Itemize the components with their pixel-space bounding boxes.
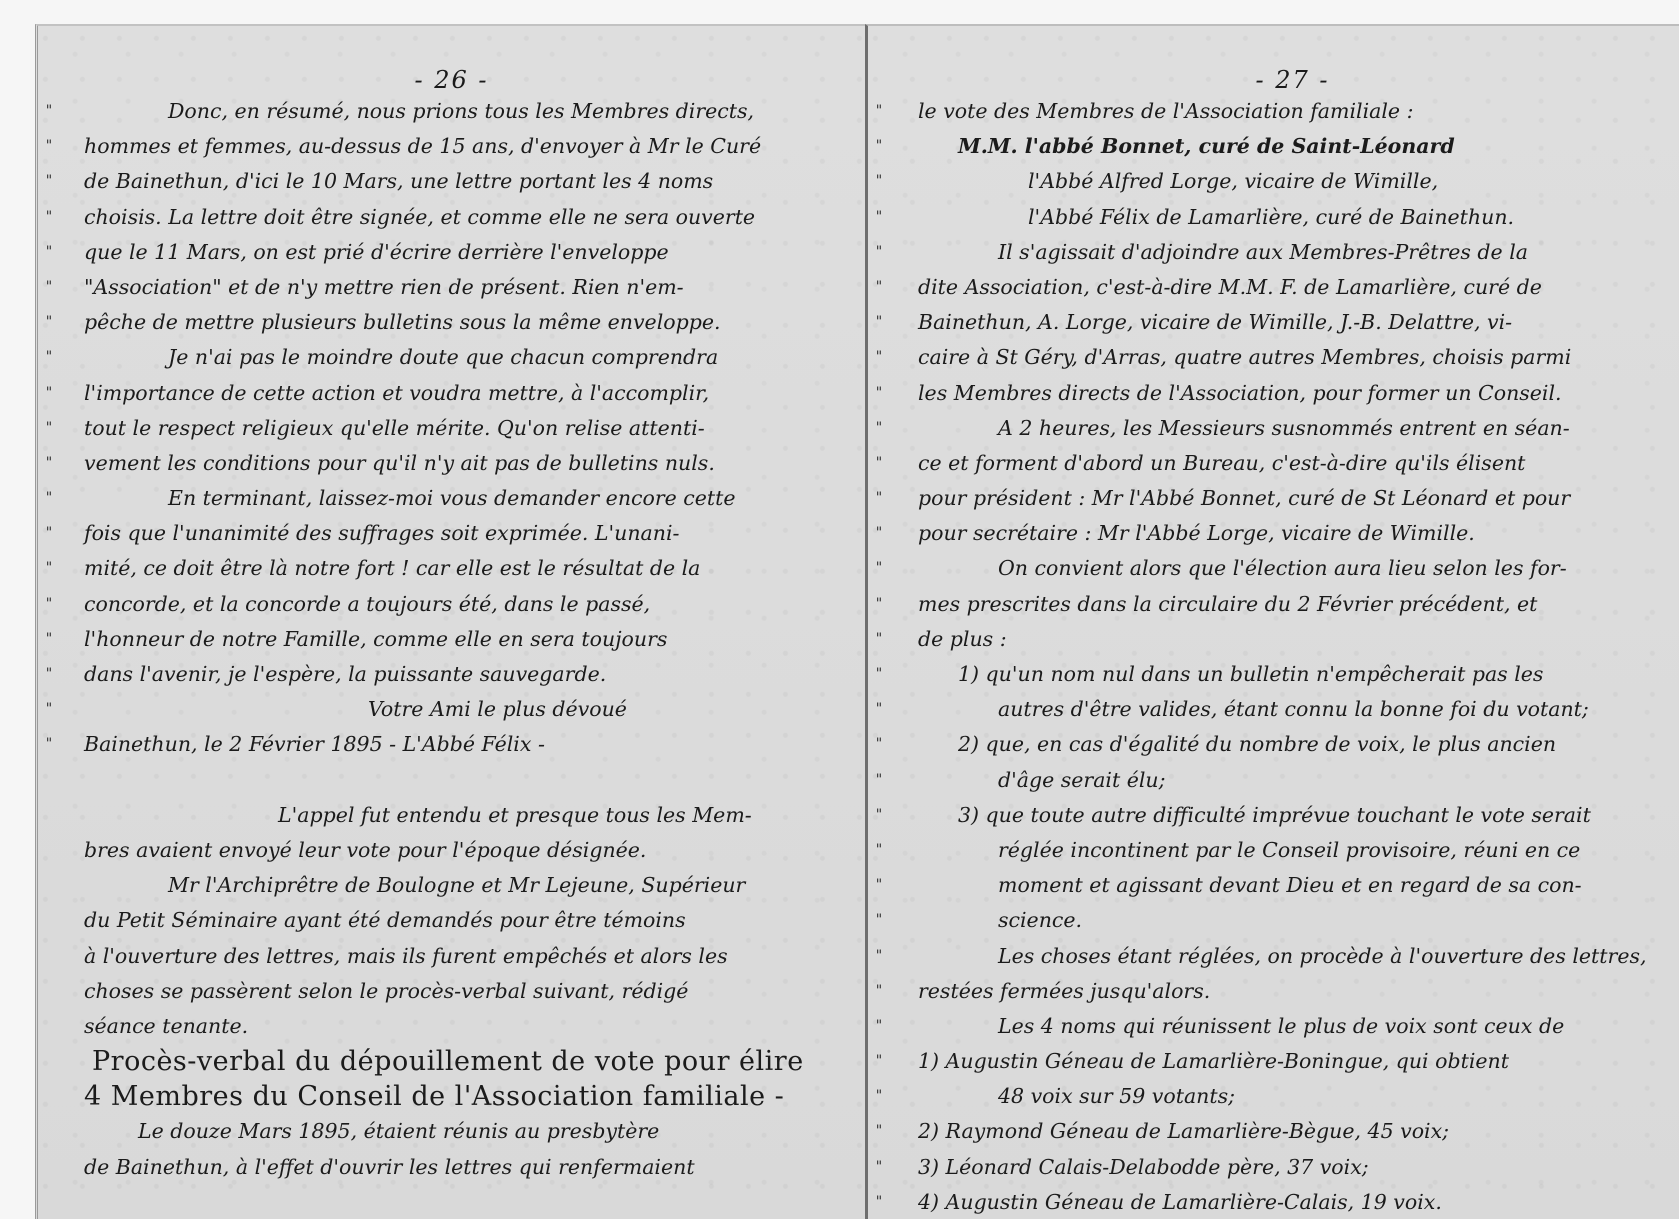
quotation-mark: "	[38, 727, 60, 762]
line-text: "Association" et de n'y mettre rien de p…	[84, 270, 684, 305]
line-text: science.	[998, 903, 1082, 938]
line-text: Les 4 noms qui réunissent le plus de voi…	[998, 1009, 1564, 1044]
line-text: 1) qu'un nom nul dans un bulletin n'empê…	[958, 657, 1543, 692]
line-text: de Bainethun, à l'effet d'ouvrir les let…	[84, 1150, 695, 1185]
quotation-mark: "	[38, 270, 60, 305]
manuscript-line: "science.	[868, 903, 1679, 938]
line-text: 2) Raymond Géneau de Lamarlière-Bègue, 4…	[918, 1114, 1449, 1149]
quotation-mark: "	[38, 587, 60, 622]
quotation-mark: "	[868, 446, 890, 481]
line-text: 1) Augustin Géneau de Lamarlière-Boningu…	[918, 1044, 1509, 1079]
manuscript-line: "mité, ce doit être là notre fort ! car …	[38, 551, 865, 586]
quotation-mark: "	[868, 1185, 890, 1219]
line-text: l'honneur de notre Famille, comme elle e…	[84, 622, 667, 657]
quotation-mark: "	[38, 164, 60, 199]
manuscript-line: "l'Abbé Félix de Lamarlière, curé de Bai…	[868, 200, 1679, 235]
manuscript-line: "moment et agissant devant Dieu et en re…	[868, 868, 1679, 903]
manuscript-line: "Donc, en résumé, nous prions tous les M…	[38, 94, 865, 129]
manuscript-line: "tout le respect religieux qu'elle mérit…	[38, 411, 865, 446]
manuscript-line: "concorde, et la concorde a toujours été…	[38, 587, 865, 622]
line-text: que le 11 Mars, on est prié d'écrire der…	[84, 235, 669, 270]
manuscript-line: "l'importance de cette action et voudra …	[38, 376, 865, 411]
manuscript-line: "pêche de mettre plusieurs bulletins sou…	[38, 305, 865, 340]
manuscript-line: "de Bainethun, d'ici le 10 Mars, une let…	[38, 164, 865, 199]
manuscript-line: Procès-verbal du dépouillement de vote p…	[38, 1044, 865, 1079]
line-text: Les choses étant réglées, on procède à l…	[998, 939, 1646, 974]
manuscript-line: "Votre Ami le plus dévoué	[38, 692, 865, 727]
line-text: Votre Ami le plus dévoué	[368, 692, 627, 727]
quotation-mark: "	[868, 411, 890, 446]
line-text: choses se passèrent selon le procès-verb…	[84, 974, 688, 1009]
line-text: ce et forment d'abord un Bureau, c'est-à…	[918, 446, 1525, 481]
line-text: On convient alors que l'élection aura li…	[998, 551, 1567, 586]
quotation-mark: "	[868, 974, 890, 1009]
right-page-lines: "le vote des Membres de l'Association fa…	[868, 94, 1679, 1219]
quotation-mark: "	[868, 1150, 890, 1185]
manuscript-line: "choisis. La lettre doit être signée, et…	[38, 200, 865, 235]
quotation-mark: "	[868, 94, 890, 129]
page-number: - 26 -	[38, 66, 865, 94]
line-text: L'appel fut entendu et presque tous les …	[278, 798, 752, 833]
manuscript-line: "1) qu'un nom nul dans un bulletin n'emp…	[868, 657, 1679, 692]
line-text: pêche de mettre plusieurs bulletins sous…	[84, 305, 720, 340]
line-text: Le douze Mars 1895, étaient réunis au pr…	[138, 1114, 659, 1149]
quotation-mark: "	[868, 164, 890, 199]
quotation-mark: "	[868, 1079, 890, 1114]
quotation-mark: "	[868, 551, 890, 586]
quotation-mark: "	[868, 587, 890, 622]
manuscript-line: "que le 11 Mars, on est prié d'écrire de…	[38, 235, 865, 270]
manuscript-line: de Bainethun, à l'effet d'ouvrir les let…	[38, 1150, 865, 1185]
line-text: concorde, et la concorde a toujours été,…	[84, 587, 650, 622]
quotation-mark: "	[38, 446, 60, 481]
manuscript-line: "4) Augustin Géneau de Lamarlière-Calais…	[868, 1185, 1679, 1219]
quotation-mark: "	[868, 376, 890, 411]
line-text: fois que l'unanimité des suffrages soit …	[84, 516, 679, 551]
manuscript-line: séance tenante.	[38, 1009, 865, 1044]
manuscript-line: Le douze Mars 1895, étaient réunis au pr…	[38, 1114, 865, 1149]
manuscript-line: "caire à St Géry, d'Arras, quatre autres…	[868, 340, 1679, 375]
line-text: 4) Augustin Géneau de Lamarlière-Calais,…	[918, 1185, 1442, 1219]
line-text: autres d'être valides, étant connu la bo…	[998, 692, 1589, 727]
manuscript-line: "2) Raymond Géneau de Lamarlière-Bègue, …	[868, 1114, 1679, 1149]
quotation-mark: "	[868, 305, 890, 340]
line-text: du Petit Séminaire ayant été demandés po…	[84, 903, 686, 938]
quotation-mark: "	[868, 129, 890, 164]
line-text: Il s'agissait d'adjoindre aux Membres-Pr…	[998, 235, 1528, 270]
left-page: - 26 - "Donc, en résumé, nous prions tou…	[35, 24, 865, 1219]
manuscript-line: "3) Léonard Calais-Delabodde père, 37 vo…	[868, 1150, 1679, 1185]
quotation-mark: "	[868, 903, 890, 938]
line-text: l'Abbé Félix de Lamarlière, curé de Bain…	[1028, 200, 1514, 235]
manuscript-line: L'appel fut entendu et presque tous les …	[38, 798, 865, 833]
book-spread: - 26 - "Donc, en résumé, nous prions tou…	[35, 24, 1679, 1219]
manuscript-line: "mes prescrites dans la circulaire du 2 …	[868, 587, 1679, 622]
quotation-mark: "	[38, 622, 60, 657]
quotation-mark: "	[868, 340, 890, 375]
line-text: restées fermées jusqu'alors.	[918, 974, 1210, 1009]
manuscript-line: "48 voix sur 59 votants;	[868, 1079, 1679, 1114]
line-text: à l'ouverture des lettres, mais ils fure…	[84, 939, 728, 974]
manuscript-line: Mr l'Archiprêtre de Boulogne et Mr Lejeu…	[38, 868, 865, 903]
manuscript-line: du Petit Séminaire ayant été demandés po…	[38, 903, 865, 938]
manuscript-line: "dans l'avenir, je l'espère, la puissant…	[38, 657, 865, 692]
quotation-mark: "	[868, 798, 890, 833]
quotation-mark: "	[868, 939, 890, 974]
quotation-mark: "	[38, 411, 60, 446]
manuscript-line: 4 Membres du Conseil de l'Association fa…	[38, 1079, 865, 1114]
quotation-mark: "	[868, 516, 890, 551]
manuscript-line: "3) que toute autre difficulté imprévue …	[868, 798, 1679, 833]
manuscript-line: "M.M. l'abbé Bonnet, curé de Saint-Léona…	[868, 129, 1679, 164]
manuscript-line: "Bainethun, A. Lorge, vicaire de Wimille…	[868, 305, 1679, 340]
quotation-mark: "	[868, 657, 890, 692]
line-text: tout le respect religieux qu'elle mérite…	[84, 411, 705, 446]
line-text: Procès-verbal du dépouillement de vote p…	[92, 1044, 804, 1079]
line-text: choisis. La lettre doit être signée, et …	[84, 200, 755, 235]
line-text: mité, ce doit être là notre fort ! car e…	[84, 551, 700, 586]
quotation-mark: "	[38, 129, 60, 164]
quotation-mark: "	[868, 481, 890, 516]
manuscript-line: "Bainethun, le 2 Février 1895 - L'Abbé F…	[38, 727, 865, 762]
line-text: bres avaient envoyé leur vote pour l'épo…	[84, 833, 646, 868]
manuscript-line: "restées fermées jusqu'alors.	[868, 974, 1679, 1009]
line-text: mes prescrites dans la circulaire du 2 F…	[918, 587, 1537, 622]
line-text: En terminant, laissez-moi vous demander …	[168, 481, 736, 516]
line-text: 4 Membres du Conseil de l'Association fa…	[84, 1079, 784, 1114]
manuscript-line: "pour secrétaire : Mr l'Abbé Lorge, vica…	[868, 516, 1679, 551]
quotation-mark: "	[868, 1009, 890, 1044]
quotation-mark: "	[868, 622, 890, 657]
quotation-mark: "	[38, 516, 60, 551]
quotation-mark: "	[868, 727, 890, 762]
line-text: Bainethun, le 2 Février 1895 - L'Abbé Fé…	[84, 727, 545, 762]
line-text: Mr l'Archiprêtre de Boulogne et Mr Lejeu…	[168, 868, 745, 903]
line-text: vement les conditions pour qu'il n'y ait…	[84, 446, 715, 481]
line-text: pour secrétaire : Mr l'Abbé Lorge, vicai…	[918, 516, 1475, 551]
line-text: 3) Léonard Calais-Delabodde père, 37 voi…	[918, 1150, 1369, 1185]
quotation-mark: "	[38, 481, 60, 516]
line-text: séance tenante.	[84, 1009, 248, 1044]
line-text: dans l'avenir, je l'espère, la puissante…	[84, 657, 606, 692]
quotation-mark: "	[38, 692, 60, 727]
manuscript-line: "d'âge serait élu;	[868, 763, 1679, 798]
line-text: le vote des Membres de l'Association fam…	[918, 94, 1413, 129]
manuscript-line: "Je n'ai pas le moindre doute que chacun…	[38, 340, 865, 375]
left-page-lines: "Donc, en résumé, nous prions tous les M…	[38, 94, 865, 1185]
line-text: de plus :	[918, 622, 1007, 657]
manuscript-line: "autres d'être valides, étant connu la b…	[868, 692, 1679, 727]
line-text: Bainethun, A. Lorge, vicaire de Wimille,…	[918, 305, 1512, 340]
quotation-mark: "	[38, 305, 60, 340]
quotation-mark: "	[868, 235, 890, 270]
manuscript-line: "Les 4 noms qui réunissent le plus de vo…	[868, 1009, 1679, 1044]
line-text: pour président : Mr l'Abbé Bonnet, curé …	[918, 481, 1570, 516]
manuscript-line: "A 2 heures, les Messieurs susnommés ent…	[868, 411, 1679, 446]
page-number: - 27 -	[868, 66, 1679, 94]
manuscript-line: "réglée incontinent par le Conseil provi…	[868, 833, 1679, 868]
line-text: réglée incontinent par le Conseil provis…	[998, 833, 1580, 868]
quotation-mark: "	[868, 833, 890, 868]
line-text: l'importance de cette action et voudra m…	[84, 376, 709, 411]
manuscript-line: bres avaient envoyé leur vote pour l'épo…	[38, 833, 865, 868]
line-text: 3) que toute autre difficulté imprévue t…	[958, 798, 1591, 833]
quotation-mark: "	[38, 340, 60, 375]
manuscript-line: "hommes et femmes, au-dessus de 15 ans, …	[38, 129, 865, 164]
quotation-mark: "	[38, 376, 60, 411]
line-text: M.M. l'abbé Bonnet, curé de Saint-Léonar…	[958, 129, 1455, 164]
manuscript-line	[38, 763, 865, 798]
manuscript-line: "pour président : Mr l'Abbé Bonnet, curé…	[868, 481, 1679, 516]
line-text: A 2 heures, les Messieurs susnommés entr…	[998, 411, 1570, 446]
manuscript-line: "1) Augustin Géneau de Lamarlière-Boning…	[868, 1044, 1679, 1079]
manuscript-line: "2) que, en cas d'égalité du nombre de v…	[868, 727, 1679, 762]
quotation-mark: "	[38, 94, 60, 129]
line-text: dite Association, c'est-à-dire M.M. F. d…	[918, 270, 1542, 305]
quotation-mark: "	[868, 763, 890, 798]
quotation-mark: "	[868, 1044, 890, 1079]
quotation-mark: "	[868, 692, 890, 727]
manuscript-line: à l'ouverture des lettres, mais ils fure…	[38, 939, 865, 974]
line-text: Donc, en résumé, nous prions tous les Me…	[168, 94, 754, 129]
quotation-mark: "	[38, 657, 60, 692]
manuscript-line: "l'Abbé Alfred Lorge, vicaire de Wimille…	[868, 164, 1679, 199]
manuscript-line: "de plus :	[868, 622, 1679, 657]
quotation-mark: "	[868, 1114, 890, 1149]
manuscript-line: "On convient alors que l'élection aura l…	[868, 551, 1679, 586]
manuscript-line: choses se passèrent selon le procès-verb…	[38, 974, 865, 1009]
manuscript-line: "le vote des Membres de l'Association fa…	[868, 94, 1679, 129]
manuscript-line: "ce et forment d'abord un Bureau, c'est-…	[868, 446, 1679, 481]
line-text: 2) que, en cas d'égalité du nombre de vo…	[958, 727, 1556, 762]
manuscript-line: "Il s'agissait d'adjoindre aux Membres-P…	[868, 235, 1679, 270]
quotation-mark: "	[868, 270, 890, 305]
line-text: moment et agissant devant Dieu et en reg…	[998, 868, 1582, 903]
quotation-mark: "	[38, 235, 60, 270]
line-text: hommes et femmes, au-dessus de 15 ans, d…	[84, 129, 761, 164]
line-text: d'âge serait élu;	[998, 763, 1166, 798]
line-text: 48 voix sur 59 votants;	[998, 1079, 1235, 1114]
manuscript-line: "En terminant, laissez-moi vous demander…	[38, 481, 865, 516]
manuscript-line: "dite Association, c'est-à-dire M.M. F. …	[868, 270, 1679, 305]
line-text: de Bainethun, d'ici le 10 Mars, une lett…	[84, 164, 713, 199]
manuscript-line: "vement les conditions pour qu'il n'y ai…	[38, 446, 865, 481]
manuscript-line: ""Association" et de n'y mettre rien de …	[38, 270, 865, 305]
manuscript-line: "Les choses étant réglées, on procède à …	[868, 939, 1679, 974]
quotation-mark: "	[38, 200, 60, 235]
quotation-mark: "	[868, 868, 890, 903]
line-text: l'Abbé Alfred Lorge, vicaire de Wimille,	[1028, 164, 1438, 199]
line-text: caire à St Géry, d'Arras, quatre autres …	[918, 340, 1571, 375]
right-page: - 27 - "le vote des Membres de l'Associa…	[865, 24, 1679, 1219]
quotation-mark: "	[38, 551, 60, 586]
line-text: Je n'ai pas le moindre doute que chacun …	[168, 340, 718, 375]
line-text: les Membres directs de l'Association, po…	[918, 376, 1562, 411]
quotation-mark: "	[868, 200, 890, 235]
manuscript-line: "les Membres directs de l'Association, p…	[868, 376, 1679, 411]
manuscript-line: "l'honneur de notre Famille, comme elle …	[38, 622, 865, 657]
manuscript-line: "fois que l'unanimité des suffrages soit…	[38, 516, 865, 551]
